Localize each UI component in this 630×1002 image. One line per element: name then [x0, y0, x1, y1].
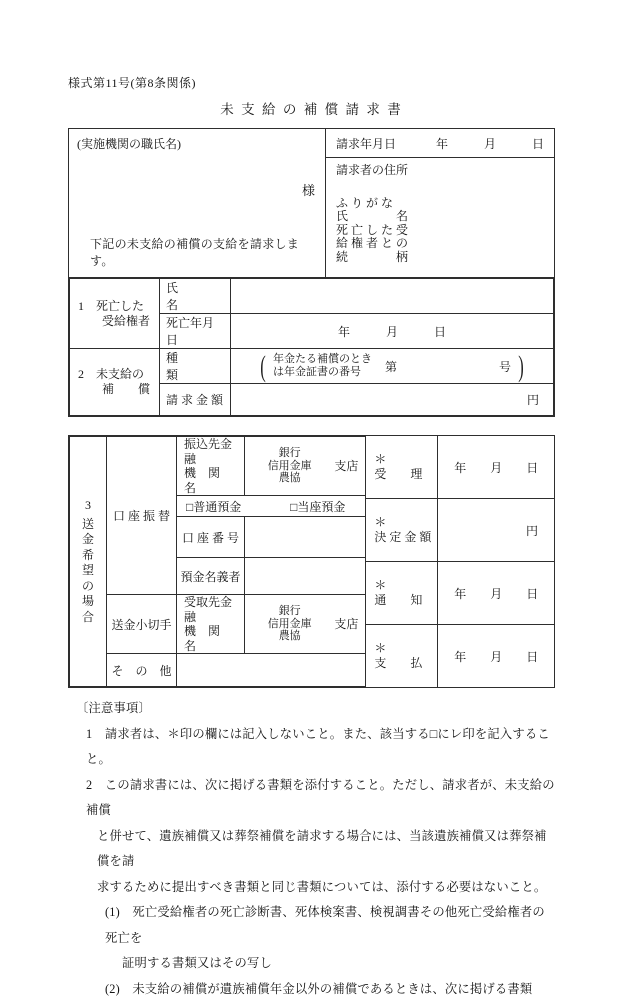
other-field[interactable] — [177, 654, 366, 687]
deceased-name-field[interactable] — [231, 279, 554, 314]
page-title: 未 支 給 の 補 償 請 求 書 — [68, 98, 555, 118]
notes-heading: 〔注意事項〕 — [76, 696, 555, 722]
account-number-label: 口 座 番 号 — [177, 517, 245, 558]
claimant-address-field[interactable] — [336, 178, 544, 197]
pension-number-group: ( 年金たる補償のとき は年金証書の番号 第 号 ) — [231, 353, 553, 380]
ordinary-deposit-checkbox[interactable]: □普通預金 — [186, 498, 241, 515]
receipt-date-row: ＊ 受 理 年 月 日 — [366, 436, 554, 499]
claimant-detail-cell: 請求者の住所 ふ り が な 氏 名 死 亡 し た 受 給 権 者 と の 続… — [326, 158, 554, 277]
receipt-label: ＊ 受 理 — [366, 436, 438, 498]
decided-amount-label: ＊ 決 定 金 額 — [366, 499, 438, 561]
kind-label: 種 類 — [160, 349, 231, 384]
remittance-check-label: 送金小切手 — [107, 595, 177, 654]
payment-date-field: 年 月 日 — [438, 625, 554, 687]
form-number: 様式第11号(第8条関係) — [68, 74, 555, 91]
payment-label: ＊ 支 払 — [366, 625, 438, 687]
request-date-label: 請求年月日 — [336, 135, 396, 152]
claim-amount-field[interactable]: 円 — [231, 384, 554, 416]
addressee-suffix: 様 — [77, 180, 317, 199]
note-item-1: (1) 死亡受給権者の死亡診断書、死体検案書、検視調書その他死亡受給権者の死亡を — [105, 900, 555, 951]
notes-section: 〔注意事項〕 1 請求者は、＊印の欄には記入しないこと。また、該当する□にレ印を… — [68, 696, 555, 1002]
account-holder-label: 預金名義者 — [177, 558, 245, 595]
receiving-bank-group: 銀行 信用金庫 農協 支店 — [245, 605, 365, 643]
office-use-section: ＊ 受 理 年 月 日 ＊ 決 定 金 額 円 ＊ 通 知 年 月 日 ＊ 支 … — [366, 436, 554, 687]
addressee-cell: (実施機関の職氏名) 様 下記の未支給の補償の支給を請求します。 — [69, 129, 326, 277]
bank-name-label: 振込先金融 機 関 名 — [177, 437, 245, 496]
account-number-field[interactable] — [245, 517, 366, 558]
bank-name-field[interactable]: 銀行 信用金庫 農協 支店 — [245, 437, 366, 496]
receiving-bank-field[interactable]: 銀行 信用金庫 農協 支店 — [245, 595, 366, 654]
number-suffix: 号 — [499, 358, 511, 375]
claimant-info-column: 請求年月日 年 月 日 請求者の住所 ふ り が な 氏 名 死 亡 し た 受… — [326, 129, 554, 277]
declaration-text: 下記の未支給の補償の支給を請求します。 — [77, 235, 317, 269]
death-date-label: 死亡年月日 — [160, 314, 231, 349]
close-paren: ) — [518, 353, 524, 380]
receiving-bank-type-options: 銀行 信用金庫 農協 — [245, 605, 334, 643]
open-paren: ( — [260, 353, 266, 380]
section1-deceased-label: 1 死亡した 受給権者 — [70, 279, 160, 349]
bank-type-options: 銀行 信用金庫 農協 — [245, 447, 334, 485]
death-date-field[interactable]: 年 月 日 — [231, 314, 554, 349]
claim-table-header: (実施機関の職氏名) 様 下記の未支給の補償の支給を請求します。 請求年月日 年… — [69, 129, 554, 278]
section3-number: 3 — [70, 498, 106, 514]
kind-field[interactable]: ( 年金たる補償のとき は年金証書の番号 第 号 ) — [231, 349, 554, 384]
remittance-left-section: 3 送 金 希 望 の 場 合 口 座 振 替 振込先金融 機 関 名 銀行 信… — [69, 436, 366, 687]
request-date-row: 請求年月日 年 月 日 — [326, 129, 554, 158]
note-line-1: 1 請求者は、＊印の欄には記入しないこと。また、該当する□にレ印を記入すること。 — [86, 722, 555, 773]
receiving-branch-label: 支店 — [334, 615, 365, 632]
notice-date-field: 年 月 日 — [438, 562, 554, 624]
note-item-2: (2) 未支給の補償が遺族補償年金以外の補償であるときは、次に掲げる書類 — [105, 977, 555, 1002]
note-item-1-cont: 証明する書類又はその写し — [122, 951, 555, 977]
bank-name-group: 銀行 信用金庫 農協 支店 — [245, 447, 365, 485]
section3-title: 送 金 希 望 の 場 合 — [70, 517, 106, 626]
claimant-address-label: 請求者の住所 — [336, 164, 544, 178]
section2-unpaid-label: 2 未支給の 補 償 — [70, 349, 160, 416]
receipt-date-field: 年 月 日 — [438, 436, 554, 498]
number-prefix: 第 — [385, 358, 397, 375]
claim-table: (実施機関の職氏名) 様 下記の未支給の補償の支給を請求します。 請求年月日 年… — [68, 128, 555, 417]
decided-amount-row: ＊ 決 定 金 額 円 — [366, 499, 554, 562]
note-line-2-cont1: と併せて、遺族補償又は葬祭補償を請求する場合には、当該遺族補償又は葬祭補償を請 — [97, 824, 555, 875]
section3-vertical-label: 3 送 金 希 望 の 場 合 — [70, 437, 107, 687]
deposit-type-cell: □普通預金 □当座預金 — [177, 496, 366, 517]
claim-table-rows: 1 死亡した 受給権者 氏 名 死亡年月日 年 月 日 2 未支給の 補 償 種… — [69, 278, 554, 416]
notice-label: ＊ 通 知 — [366, 562, 438, 624]
claimant-name-label: 氏 名 — [336, 210, 544, 224]
notice-date-row: ＊ 通 知 年 月 日 — [366, 562, 554, 625]
payment-date-row: ＊ 支 払 年 月 日 — [366, 625, 554, 687]
note-line-2-cont2: 求するために提出すべき書類と同じ書類については、添付する必要はないこと。 — [97, 875, 555, 901]
pension-cert-note: 年金たる補償のとき は年金証書の番号 — [273, 353, 372, 379]
current-deposit-checkbox[interactable]: □当座預金 — [290, 498, 345, 515]
account-holder-field[interactable] — [245, 558, 366, 595]
other-label: そ の 他 — [107, 654, 177, 687]
yen-unit: 円 — [527, 393, 539, 407]
claim-amount-label: 請 求 金 額 — [160, 384, 231, 416]
receiving-bank-label: 受取先金融 機 関 名 — [177, 595, 245, 654]
relation-label-line3: 続 柄 — [336, 251, 544, 265]
account-transfer-label: 口 座 振 替 — [107, 437, 177, 595]
form-sheet: 様式第11号(第8条関係) 未 支 給 の 補 償 請 求 書 (実施機関の職氏… — [68, 74, 555, 1002]
furigana-label: ふ り が な — [336, 197, 544, 211]
note-line-2: 2 この請求書には、次に掲げる書類を添付すること。ただし、請求者が、未支給の補償 — [86, 773, 555, 824]
decided-amount-field: 円 — [438, 499, 554, 561]
relation-label-line2: 給 権 者 と の — [336, 237, 544, 251]
deceased-name-label: 氏 名 — [160, 279, 231, 314]
agency-name-label: (実施機関の職氏名) — [77, 135, 317, 152]
request-date-field[interactable]: 年 月 日 — [436, 135, 544, 152]
remittance-table: 3 送 金 希 望 の 場 合 口 座 振 替 振込先金融 機 関 名 銀行 信… — [68, 435, 555, 688]
branch-label: 支店 — [334, 457, 365, 474]
